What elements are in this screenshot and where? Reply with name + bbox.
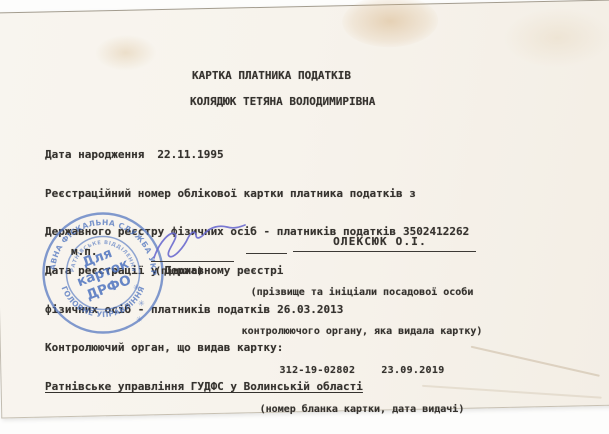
signature-caption: (підпис)	[155, 265, 203, 278]
document-title: КАРТКА ПЛАТНИКА ПОДАТКІВ	[192, 70, 351, 83]
issue-date: 23.09.2019	[381, 365, 444, 376]
blank-caption: (номер бланка картки, дата видачі)	[237, 403, 487, 416]
seal-place-label: м.п.	[71, 246, 98, 259]
stamp-star-icon: ✳	[138, 299, 145, 308]
birth-date-label: Дата народження	[45, 148, 144, 161]
signature-line	[151, 261, 234, 262]
official-name: ОЛЕКСЮК О.І.	[280, 236, 480, 249]
birth-date-line: Дата народження22.11.1995	[45, 149, 469, 162]
stamp-star-icon: ✳	[133, 283, 140, 292]
holder-name: КОЛЯДЮК ТЕТЯНА ВОЛОДИМИРІВНА	[190, 96, 375, 109]
official-captions: (прізвище та ініціали посадової особи ко…	[237, 260, 487, 434]
official-signature-line-long	[293, 251, 476, 252]
official-caption-line2: контролюючого органу, яка видала картку)	[237, 325, 487, 338]
official-signature-line-short	[246, 253, 287, 254]
birth-date-value: 22.11.1995	[157, 148, 223, 161]
blank-number: 312-19-02802	[279, 365, 355, 376]
scanned-document-photo: КАРТКА ПЛАТНИКА ПОДАТКІВ КОЛЯДЮК ТЕТЯНА …	[0, 0, 609, 434]
reg-number-label-line1: Реєстраційний номер облікової картки пла…	[45, 188, 469, 201]
official-caption-line1: (прізвище та ініціали посадової особи	[237, 286, 487, 299]
blank-number-row: 312-19-0280223.09.2019	[237, 364, 487, 377]
handwritten-signature	[148, 222, 248, 264]
document-content: КАРТКА ПЛАТНИКА ПОДАТКІВ КОЛЯДЮК ТЕТЯНА …	[0, 0, 609, 434]
stamp-star-icon: ✳	[136, 315, 143, 324]
